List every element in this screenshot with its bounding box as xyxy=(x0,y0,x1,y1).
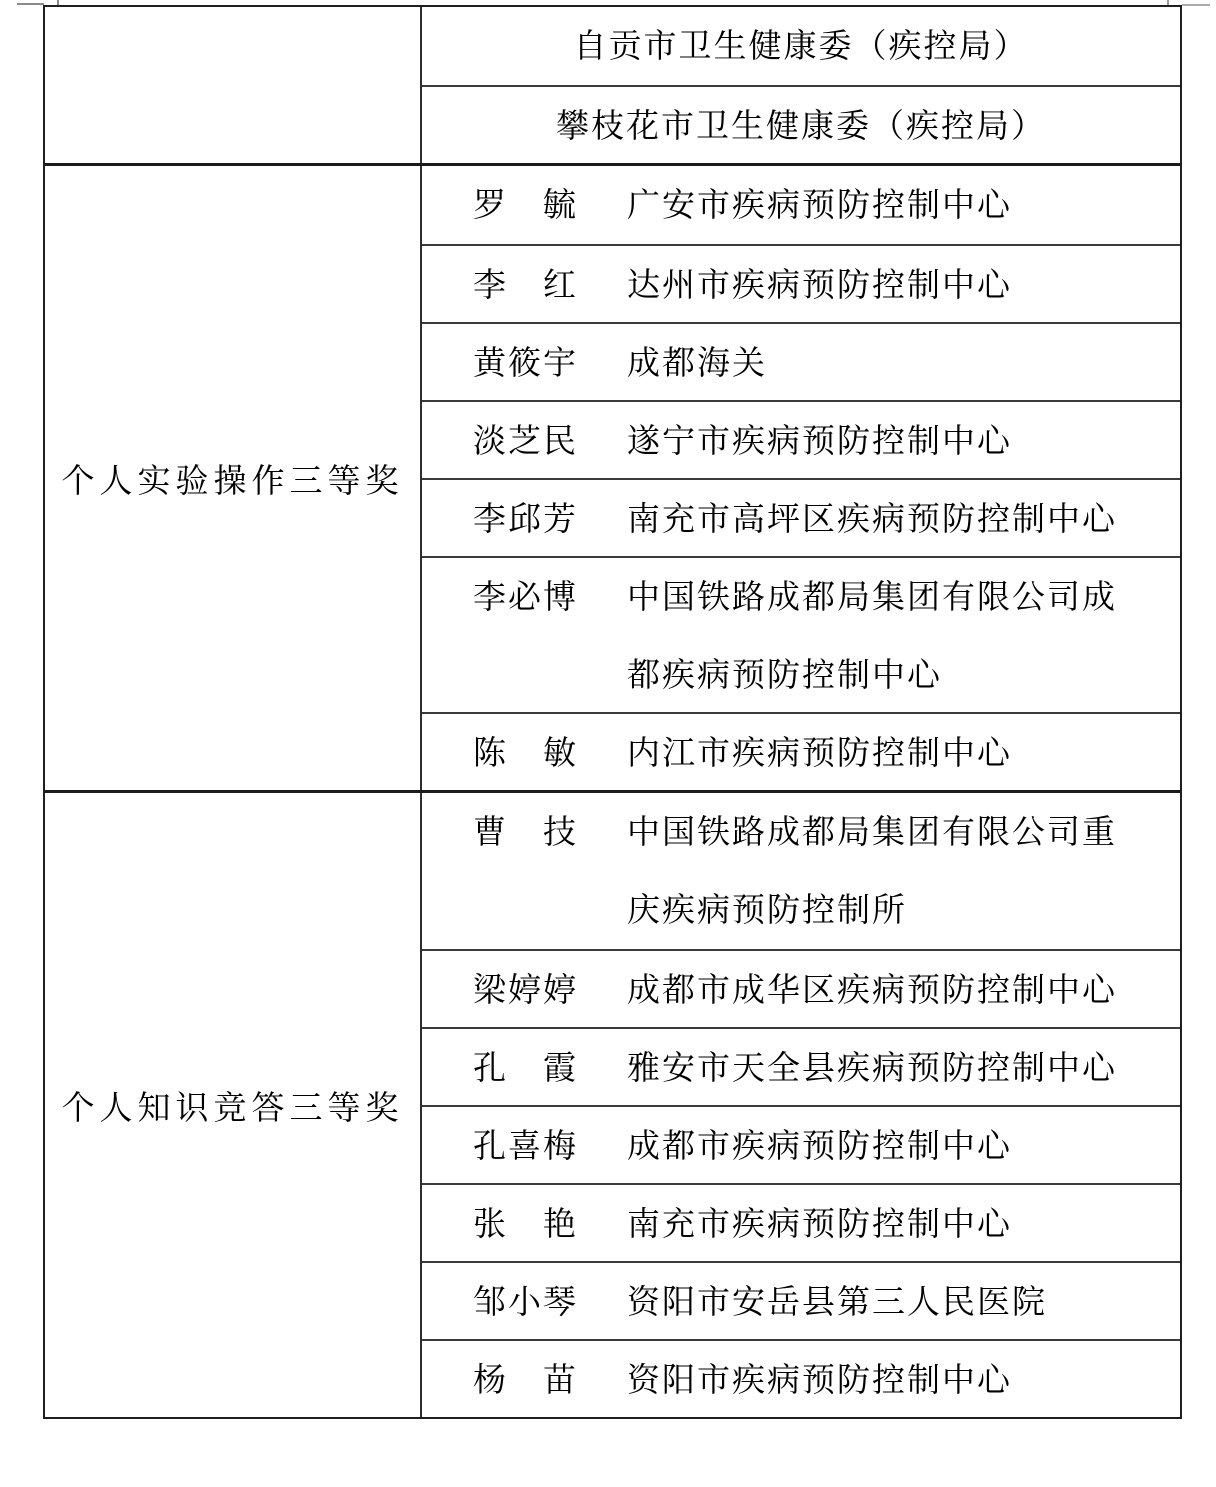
winner-name: 曹 技 xyxy=(473,793,581,871)
table-row: 李邱芳南充市高坪区疾病预防控制中心 xyxy=(422,478,1180,556)
table-row: 邹小琴资阳市安岳县第三人民医院 xyxy=(422,1261,1180,1339)
table-row: 攀枝花市卫生健康委（疾控局） xyxy=(422,85,1180,163)
table-row: 罗 毓广安市疾病预防控制中心 xyxy=(422,166,1180,244)
award-category-cell: 个人实验操作三等奖 xyxy=(45,166,422,790)
table-row: 黄筱宇成都海关 xyxy=(422,322,1180,400)
winner-organization: 南充市高坪区疾病预防控制中心 xyxy=(627,480,1117,558)
award-category-label: 个人实验操作三等奖 xyxy=(62,455,404,502)
table-row: 淡芝民遂宁市疾病预防控制中心 xyxy=(422,400,1180,478)
table-row: 李必博中国铁路成都局集团有限公司成 都疾病预防控制中心 xyxy=(422,556,1180,712)
winner-organization: 攀枝花市卫生健康委（疾控局） xyxy=(556,87,1046,165)
table-row: 自贡市卫生健康委（疾控局） xyxy=(422,7,1180,85)
winner-organization: 成都市疾病预防控制中心 xyxy=(627,1107,1012,1185)
winner-name: 张 艳 xyxy=(473,1185,581,1263)
document-page: 自贡市卫生健康委（疾控局）攀枝花市卫生健康委（疾控局）个人实验操作三等奖罗 毓广… xyxy=(0,0,1216,1487)
winner-organization: 遂宁市疾病预防控制中心 xyxy=(627,402,1012,480)
winner-name: 淡芝民 xyxy=(473,402,581,480)
winner-organization: 广安市疾病预防控制中心 xyxy=(627,166,1012,244)
winner-name: 梁婷婷 xyxy=(473,951,581,1029)
entries-column: 自贡市卫生健康委（疾控局）攀枝花市卫生健康委（疾控局） xyxy=(422,7,1180,163)
winner-organization: 资阳市安岳县第三人民医院 xyxy=(627,1263,1047,1341)
winner-organization: 南充市疾病预防控制中心 xyxy=(627,1185,1012,1263)
winner-name: 陈 敏 xyxy=(473,714,581,792)
page-split-artifact-left xyxy=(17,3,44,5)
table-row: 张 艳南充市疾病预防控制中心 xyxy=(422,1183,1180,1261)
winner-name: 杨 苗 xyxy=(473,1341,581,1419)
table-row: 孔喜梅成都市疾病预防控制中心 xyxy=(422,1105,1180,1183)
table-row: 曹 技中国铁路成都局集团有限公司重 庆疾病预防控制所 xyxy=(422,793,1180,949)
winner-organization: 中国铁路成都局集团有限公司重 庆疾病预防控制所 xyxy=(627,793,1117,949)
table-section: 个人实验操作三等奖罗 毓广安市疾病预防控制中心李 红达州市疾病预防控制中心黄筱宇… xyxy=(45,163,1180,790)
winner-organization: 资阳市疾病预防控制中心 xyxy=(627,1341,1012,1419)
award-category-cell: 个人知识竞答三等奖 xyxy=(45,793,422,1417)
table-row: 李 红达州市疾病预防控制中心 xyxy=(422,244,1180,322)
winner-organization: 雅安市天全县疾病预防控制中心 xyxy=(627,1029,1117,1107)
award-category-label: 个人知识竞答三等奖 xyxy=(62,1082,404,1129)
table-row: 孔 霞雅安市天全县疾病预防控制中心 xyxy=(422,1027,1180,1105)
table-row: 杨 苗资阳市疾病预防控制中心 xyxy=(422,1339,1180,1417)
winner-organization: 成都市成华区疾病预防控制中心 xyxy=(627,951,1117,1029)
winner-name: 罗 毓 xyxy=(473,166,581,244)
winner-organization: 自贡市卫生健康委（疾控局） xyxy=(574,7,1029,85)
winner-organization: 内江市疾病预防控制中心 xyxy=(627,714,1012,792)
winner-organization: 成都海关 xyxy=(627,324,767,402)
winner-name: 黄筱宇 xyxy=(473,324,581,402)
winner-organization: 中国铁路成都局集团有限公司成 都疾病预防控制中心 xyxy=(627,558,1117,714)
award-table: 自贡市卫生健康委（疾控局）攀枝花市卫生健康委（疾控局）个人实验操作三等奖罗 毓广… xyxy=(43,5,1182,1419)
winner-name: 邹小琴 xyxy=(473,1263,581,1341)
table-row: 陈 敏内江市疾病预防控制中心 xyxy=(422,712,1180,790)
entries-column: 罗 毓广安市疾病预防控制中心李 红达州市疾病预防控制中心黄筱宇成都海关淡芝民遂宁… xyxy=(422,166,1180,790)
winner-name: 李邱芳 xyxy=(473,480,581,558)
winner-name: 李 红 xyxy=(473,246,581,324)
winner-name: 李必博 xyxy=(473,558,581,636)
table-section: 个人知识竞答三等奖曹 技中国铁路成都局集团有限公司重 庆疾病预防控制所梁婷婷成都… xyxy=(45,790,1180,1417)
page-split-artifact-right xyxy=(1182,4,1210,6)
winner-organization: 达州市疾病预防控制中心 xyxy=(627,246,1012,324)
winner-name: 孔喜梅 xyxy=(473,1107,581,1185)
entries-column: 曹 技中国铁路成都局集团有限公司重 庆疾病预防控制所梁婷婷成都市成华区疾病预防控… xyxy=(422,793,1180,1417)
table-row: 梁婷婷成都市成华区疾病预防控制中心 xyxy=(422,949,1180,1027)
award-category-cell xyxy=(45,7,422,163)
table-section: 自贡市卫生健康委（疾控局）攀枝花市卫生健康委（疾控局） xyxy=(45,7,1180,163)
winner-name: 孔 霞 xyxy=(473,1029,581,1107)
